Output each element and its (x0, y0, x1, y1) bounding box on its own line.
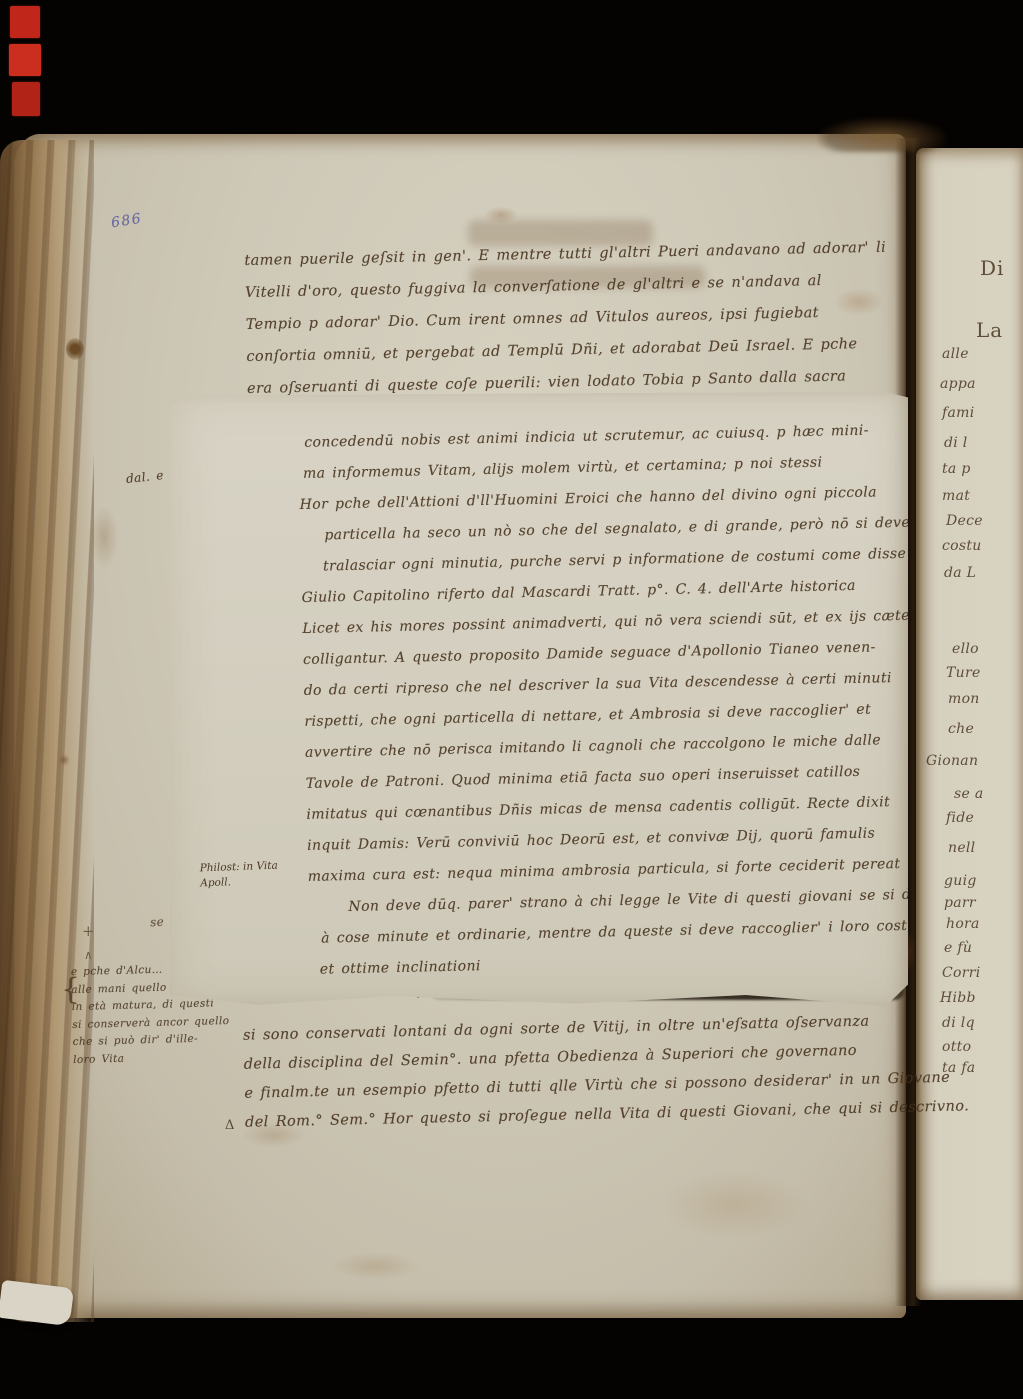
caret-mark: ∧ (84, 948, 93, 962)
right-page-fragment: di l (944, 435, 968, 451)
stain (330, 1252, 420, 1280)
red-mark (9, 44, 41, 76)
citation-line: Apoll. (200, 874, 279, 892)
right-page-fragment: hora (946, 916, 980, 932)
right-page-fragment: fami (942, 405, 974, 421)
ink-blot (66, 338, 84, 360)
right-page-fragment: di lq (942, 1015, 975, 1031)
right-page-fragment: Di (980, 256, 1004, 280)
stain (660, 1170, 810, 1240)
right-page-fragment: Gionan (926, 753, 978, 769)
right-page-fragment: ta fa (942, 1060, 975, 1076)
insert-margin-citation: Philost: in Vita Apoll. (200, 859, 279, 892)
gutter-top-edge (818, 118, 946, 152)
right-page-fragment: Corri (942, 965, 981, 981)
citation-line: Philost: in Vita (200, 859, 279, 877)
plus-mark: + (82, 922, 95, 940)
deckle-edge (0, 140, 94, 1322)
right-page-fragment: se a (954, 786, 983, 802)
main-text-bottom: si sono conservati lontani da ogni sorte… (243, 1006, 925, 1137)
manuscript-photo: 686 tamen puerile geſsit in gen'. E ment… (0, 0, 1023, 1399)
right-page-fragment: Dece (946, 513, 983, 529)
page-edge-notch (0, 1280, 74, 1326)
right-page-fragment: Ture (946, 665, 981, 681)
right-page-fragment: costu (942, 538, 982, 554)
right-page-fragment: La (976, 318, 1003, 342)
insert-text-block: concedendū nobis est animi indicia ut sc… (298, 415, 910, 986)
right-page-fragment: mon (948, 691, 980, 707)
right-page-fragment: ta p (942, 461, 971, 477)
red-mark (10, 6, 40, 38)
right-page-fragment: guig (944, 873, 977, 889)
inserted-sheet: Philost: in Vita Apoll. concedendū nobis… (170, 392, 908, 1006)
stain (90, 505, 118, 569)
right-page-fragment: nell (948, 840, 975, 856)
right-page-fragment: Hibb (940, 990, 976, 1006)
right-page-fragment: e fù (944, 940, 972, 956)
right-page-fragment: otto (942, 1039, 971, 1055)
right-page-fragment: alle (942, 346, 969, 362)
right-page-fragment: parr (944, 895, 976, 911)
stain (58, 754, 70, 766)
right-page-fragment: mat (942, 488, 970, 504)
red-mark (12, 82, 40, 116)
triangle-mark: Δ (225, 1118, 234, 1133)
right-page-fragment: fide (946, 810, 974, 826)
right-page-fragment: ello (952, 641, 979, 657)
right-page-fragment: da L (944, 565, 976, 581)
right-page-fragment: che (948, 721, 974, 737)
right-page-fragment: appa (940, 376, 976, 392)
